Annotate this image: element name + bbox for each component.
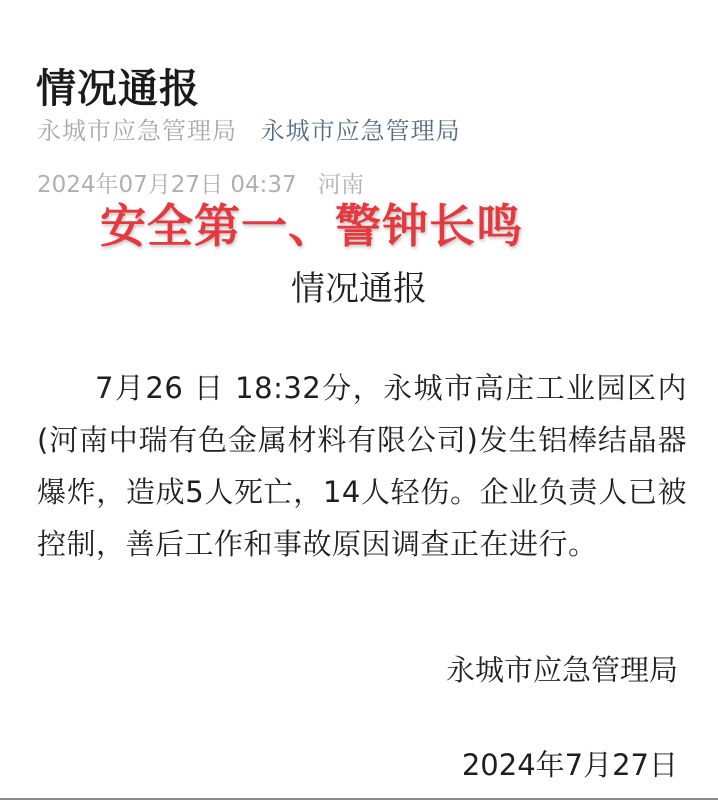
article-source: 永城市应急管理局 [37,117,237,145]
notice-date: 2024年7月27日 [462,745,678,785]
article-meta: 永城市应急管理局 永城市应急管理局 [37,114,461,148]
notice-heading-text: 情况通报 [291,269,427,309]
publish-location: 河南 [318,172,364,198]
notice-body: 7月26 日 18:32分，永城市高庄工业园区内(河南中瑞有色金属材料有限公司)… [37,362,687,570]
publish-time: 2024年07月27日 04:37 [37,172,297,198]
notice-heading: 情况通报 [0,266,718,312]
page-title: 情况通报 [36,65,200,113]
notice-signature: 永城市应急管理局 [446,650,678,690]
safety-slogan-overlay: 安全第一、警钟长鸣 [100,196,523,256]
account-name-link[interactable]: 永城市应急管理局 [261,117,461,145]
